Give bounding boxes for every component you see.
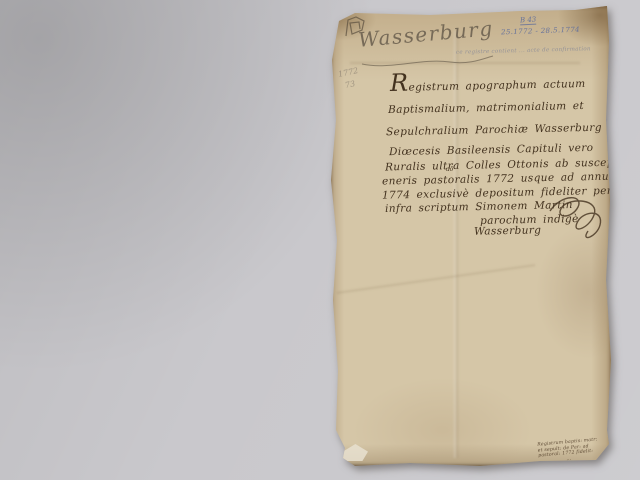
title-text-line: Wasserburg xyxy=(474,224,542,237)
fold-crease-vertical xyxy=(454,30,458,458)
document-page: Wasserburg B 43 25.1772 - 28.5.1774 ce r… xyxy=(330,6,611,467)
title-text-line: Registrum apographum actuum xyxy=(390,74,586,94)
header-inscription: Wasserburg xyxy=(357,16,494,52)
margin-year-note: 73 xyxy=(344,79,356,90)
anno-superscript: aō xyxy=(446,166,453,173)
paper-sheet: Wasserburg B 43 25.1772 - 28.5.1774 ce r… xyxy=(330,6,611,467)
title-text-line: Diœcesis Basileensis Capituli vero xyxy=(389,142,594,158)
signature-paraph-icon xyxy=(542,189,620,249)
scan-background: Wasserburg B 43 25.1772 - 28.5.1774 ce r… xyxy=(0,0,640,480)
archive-ref: B 43 xyxy=(520,16,537,26)
footer-archival-note: Registrum baptis: matr: et sepult: de Pa… xyxy=(537,437,599,465)
header-flourish-icon xyxy=(360,54,495,70)
margin-year-note: 1772 xyxy=(337,66,359,79)
title-text-line: Sepulchralium Parochiæ Wasserburg xyxy=(386,122,602,139)
date-range-note: 25.1772 - 28.5.1774 xyxy=(501,26,580,37)
torn-corner-flap xyxy=(340,444,368,461)
fold-crease-diagonal xyxy=(337,264,535,294)
title-text-line: Baptismalium, matrimonialium et xyxy=(388,100,584,116)
conservation-note: ce registre contient ... acte de confirm… xyxy=(456,46,591,56)
